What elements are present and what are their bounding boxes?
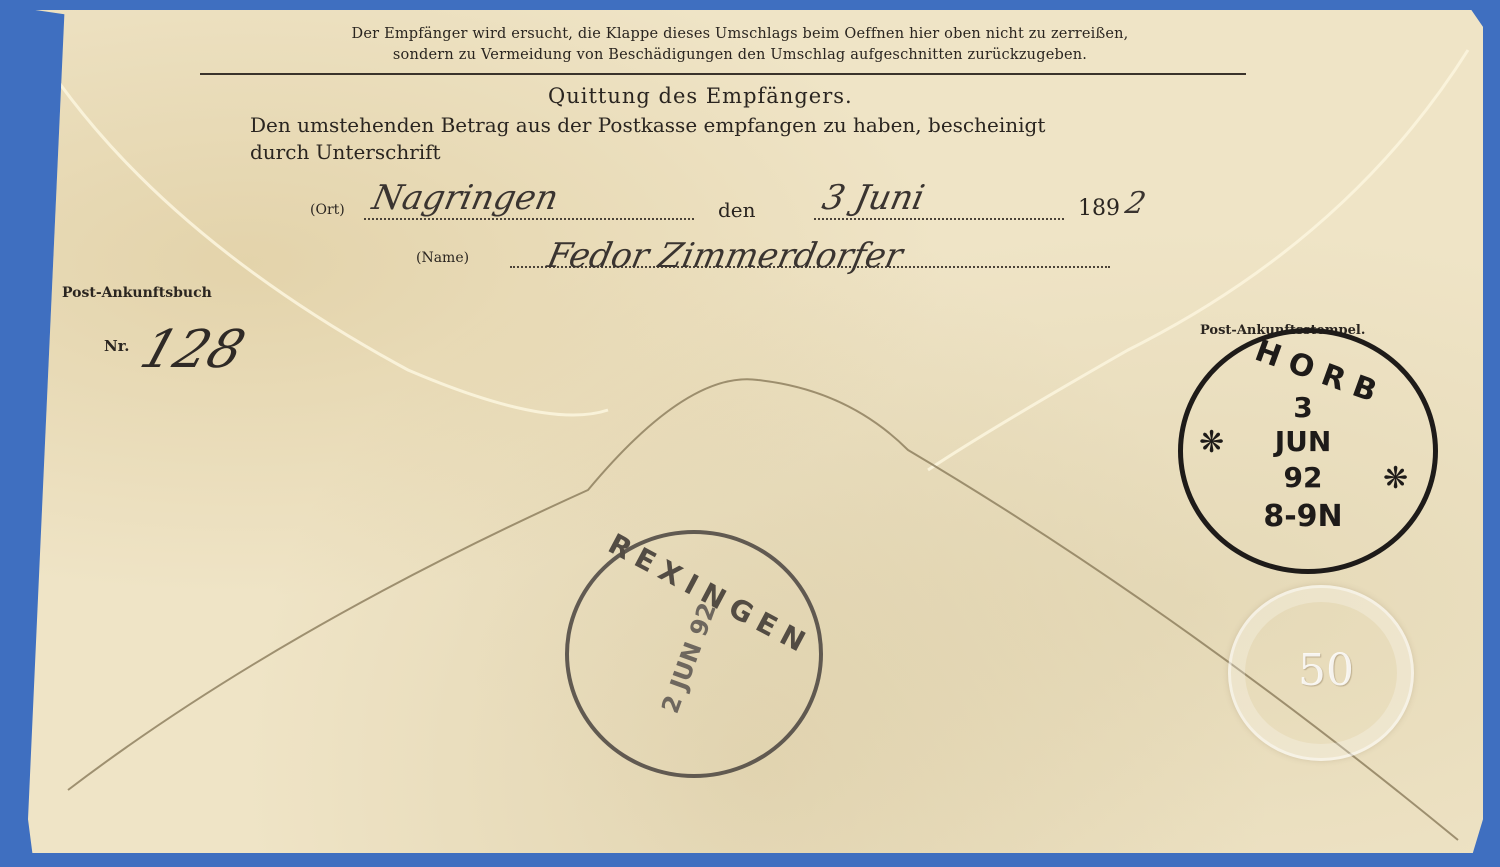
- horb-postmark: HORB 3 JUN 92 8-9N ❋ ❋: [1178, 328, 1438, 574]
- notice-text: Der Empfänger wird ersucht, die Klappe d…: [200, 24, 1280, 66]
- notice-line-1: Der Empfänger wird ersucht, die Klappe d…: [200, 24, 1280, 45]
- postmark-month: JUN: [1253, 425, 1353, 458]
- date-handwritten: 3 Juni: [819, 178, 928, 218]
- place-field-line: [364, 218, 694, 220]
- year-printed: 189: [1078, 196, 1120, 221]
- envelope: Der Empfänger wird ersucht, die Klappe d…: [28, 10, 1483, 853]
- postmark-ornament-left-icon: ❋: [1199, 425, 1224, 460]
- postmark-day: 3: [1283, 391, 1323, 424]
- postmark-year: 92: [684, 599, 722, 640]
- rexingen-postmark: REXINGEN 2 JUN 92: [565, 530, 823, 778]
- receipt-body-line-1: Den umstehenden Betrag aus der Postkasse…: [250, 112, 1230, 139]
- postmark-date: 2 JUN 92: [655, 597, 722, 719]
- arrival-book-nr-label: Nr.: [104, 337, 129, 355]
- postmark-day: 2: [656, 692, 688, 717]
- receipt-body-line-2: durch Unterschrift: [250, 139, 1230, 166]
- postmark-year: 92: [1268, 461, 1338, 494]
- notice-line-2: sondern zu Vermeidung von Beschädigungen…: [200, 45, 1280, 66]
- arrival-book-nr-handwritten: 128: [133, 320, 252, 380]
- embossed-stamp-value: 50: [1298, 645, 1354, 696]
- date-field-line: [814, 218, 1064, 220]
- place-label: (Ort): [310, 202, 345, 218]
- postmark-month: JUN: [665, 638, 708, 693]
- postmark-ornament-right-icon: ❋: [1383, 461, 1408, 496]
- receipt-title: Quittung des Empfängers.: [548, 84, 853, 108]
- arrival-book-label: Post-Ankunftsbuch: [62, 285, 212, 301]
- receipt-body: Den umstehenden Betrag aus der Postkasse…: [250, 112, 1230, 166]
- name-handwritten: Fedor Zimmerdorfer: [544, 236, 906, 276]
- date-prefix: den: [718, 198, 756, 222]
- notice-divider: [200, 73, 1246, 75]
- postmark-time: 8-9N: [1243, 499, 1363, 534]
- name-label: (Name): [416, 250, 469, 266]
- place-handwritten: Nagringen: [369, 178, 562, 218]
